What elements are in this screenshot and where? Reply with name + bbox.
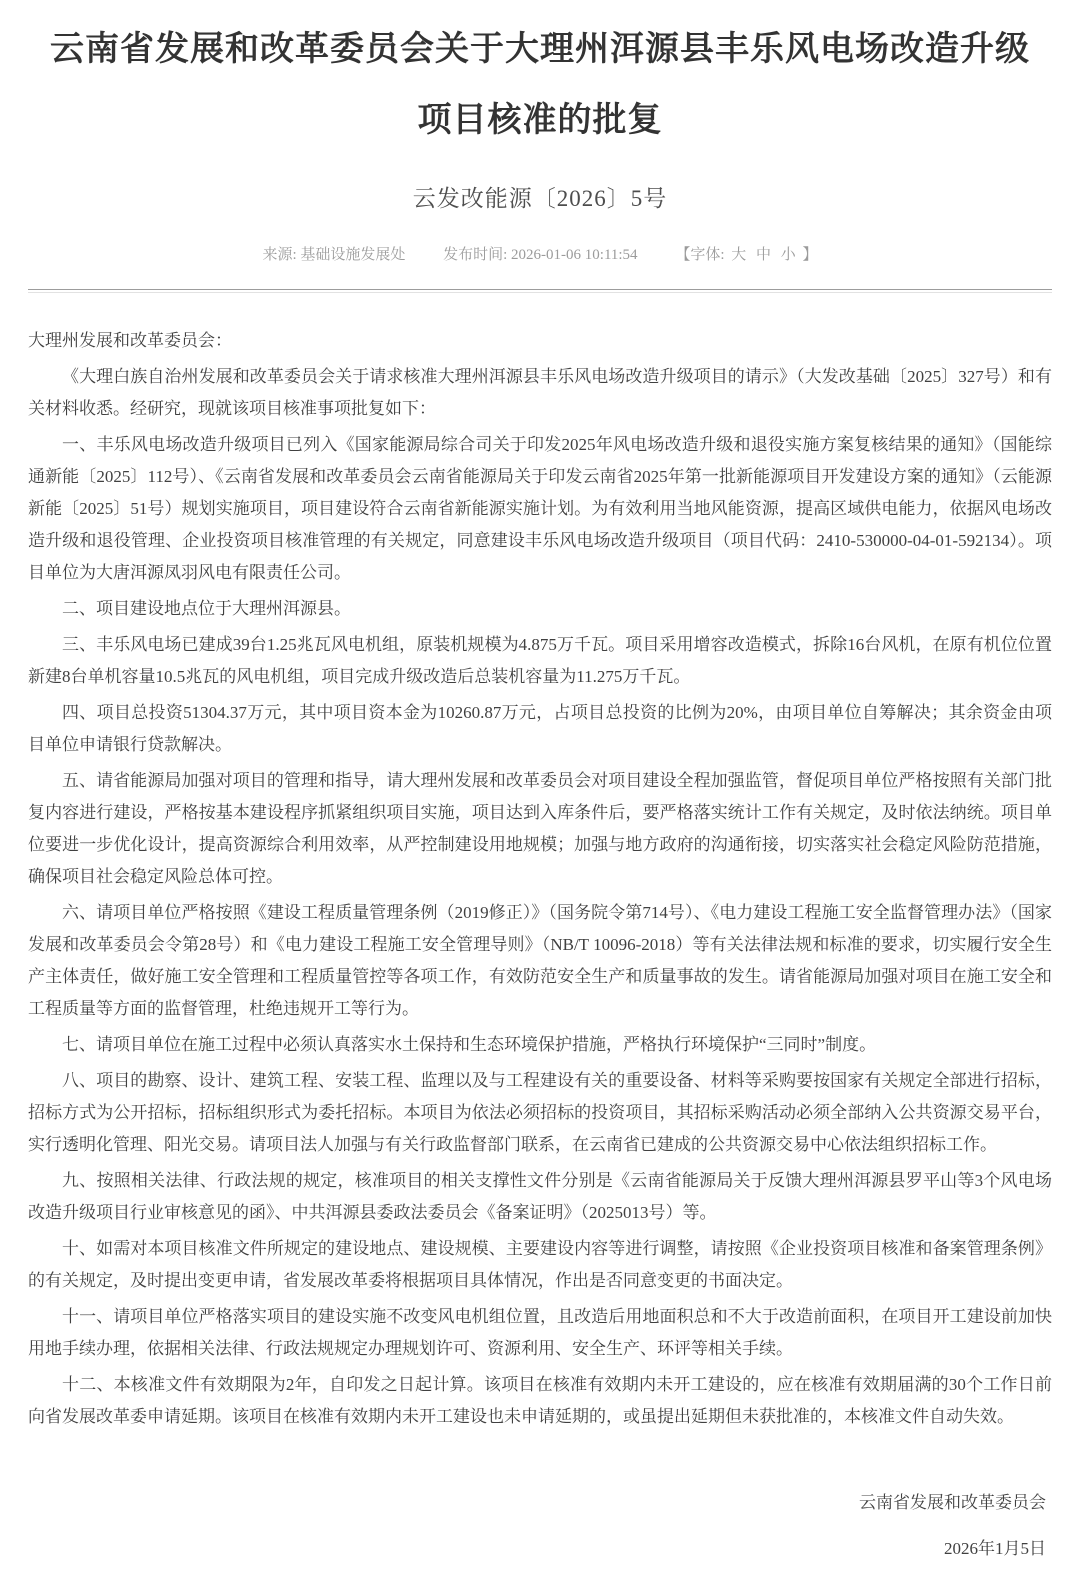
font-size-medium-link[interactable]: 中 [756,247,771,263]
paragraph-item-12: 十二、本核准文件有效期限为2年，自印发之日起计算。该项目在核准有效期内未开工建设… [28,1369,1052,1433]
paragraph-item-8: 八、项目的勘察、设计、建筑工程、安装工程、监理以及与工程建设有关的重要设备、材料… [28,1065,1052,1161]
signature-block: 云南省发展和改革委员会 2026年1月5日 [28,1487,1052,1565]
paragraph-item-7: 七、请项目单位在施工过程中必须认真落实水土保持和生态环境保护措施，严格执行环境保… [28,1029,1052,1061]
document-page: 云南省发展和改革委员会关于大理州洱源县丰乐风电场改造升级项目核准的批复 云发改能… [0,0,1080,1592]
document-body: 大理州发展和改革委员会： 《大理白族自治州发展和改革委员会关于请求核准大理州洱源… [28,325,1052,1433]
font-size-label-open: 【字体: [675,247,724,263]
paragraph-item-4: 四、项目总投资51304.37万元，其中项目资本金为10260.87万元，占项目… [28,697,1052,761]
font-size-large-link[interactable]: 大 [731,247,746,263]
paragraph-item-10: 十、如需对本项目核准文件所规定的建设地点、建设规模、主要建设内容等进行调整，请按… [28,1233,1052,1297]
meta-publish-time: 发布时间: 2026-01-06 10:11:54 [443,247,637,263]
paragraph-item-11: 十一、请项目单位严格落实项目的建设实施不改变风电机组位置，且改造后用地面积总和不… [28,1301,1052,1365]
doc-number: 云发改能源〔2026〕5号 [28,180,1052,213]
paragraph-item-3: 三、丰乐风电场已建成39台1.25兆瓦风电机组，原装机规模为4.875万千瓦。项… [28,629,1052,693]
font-size-label-close: 】 [803,247,818,263]
paragraph-item-5: 五、请省能源局加强对项目的管理和指导，请大理州发展和改革委员会对项目建设全程加强… [28,765,1052,893]
font-size-selector: 【字体: 大 中 小 】 [675,247,817,263]
greeting-line: 大理州发展和改革委员会： [28,325,1052,357]
meta-source: 来源: 基础设施发展处 [262,247,405,263]
paragraph-item-1: 一、丰乐风电场改造升级项目已列入《国家能源局综合司关于印发2025年风电场改造升… [28,429,1052,589]
paragraph-intro: 《大理白族自治州发展和改革委员会关于请求核准大理州洱源县丰乐风电场改造升级项目的… [28,361,1052,425]
signature-date: 2026年1月5日 [28,1533,1046,1565]
header-divider [28,289,1052,293]
paragraph-item-2: 二、项目建设地点位于大理州洱源县。 [28,593,1052,625]
paragraph-item-6: 六、请项目单位严格按照《建设工程质量管理条例（2019修正）》（国务院令第714… [28,897,1052,1025]
paragraph-item-9: 九、按照相关法律、行政法规的规定，核准项目的相关支撑性文件分别是《云南省能源局关… [28,1165,1052,1229]
page-title: 云南省发展和改革委员会关于大理州洱源县丰乐风电场改造升级项目核准的批复 [50,0,1030,156]
signature-org: 云南省发展和改革委员会 [28,1487,1046,1519]
font-size-small-link[interactable]: 小 [781,247,796,263]
meta-bar: 来源: 基础设施发展处 发布时间: 2026-01-06 10:11:54 【字… [28,245,1052,265]
